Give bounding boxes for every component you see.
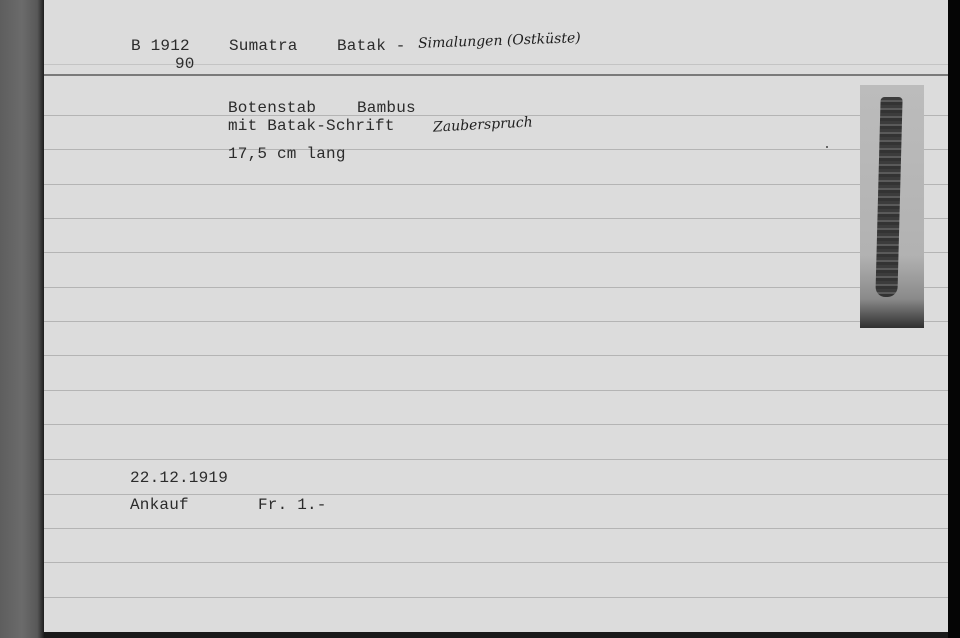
scanner-background-left (0, 0, 44, 638)
ink-speck (826, 146, 828, 148)
catalog-card: B 1912 90 Sumatra Batak - Simalungen (Os… (44, 0, 948, 632)
object-photograph (860, 85, 924, 328)
ruled-line (44, 149, 948, 150)
header-rule (44, 74, 948, 76)
dimensions: 17,5 cm lang (228, 145, 346, 163)
ruled-line (44, 424, 948, 425)
ruled-line (44, 494, 948, 495)
scanner-background-bottom (44, 632, 948, 638)
inventory-sub-number: 90 (175, 55, 195, 73)
acquisition-type: Ankauf (130, 496, 189, 514)
region: Sumatra (229, 37, 298, 55)
object-description: mit Batak-Schrift (228, 117, 395, 135)
handwritten-locality: Simalungen (Ostküste) (418, 30, 581, 52)
ruled-line (44, 390, 948, 391)
ruled-line (44, 321, 948, 322)
ruled-line (44, 597, 948, 598)
ruled-line (44, 562, 948, 563)
object-name: Botenstab (228, 99, 316, 117)
ruled-line (44, 287, 948, 288)
messenger-stick-image (875, 97, 902, 297)
price: Fr. 1.- (258, 496, 327, 514)
ruled-line (44, 252, 948, 253)
acquisition-date: 22.12.1919 (130, 469, 228, 487)
people: Batak - (337, 37, 406, 55)
ruled-line (44, 355, 948, 356)
ruled-line (44, 218, 948, 219)
scanner-background-right (948, 0, 960, 638)
ruled-line (44, 528, 948, 529)
object-material: Bambus (357, 99, 416, 117)
ruled-line (44, 459, 948, 460)
handwritten-note: Zauberspruch (433, 114, 533, 135)
inventory-number: B 1912 (131, 37, 190, 55)
ruled-line (44, 184, 948, 185)
